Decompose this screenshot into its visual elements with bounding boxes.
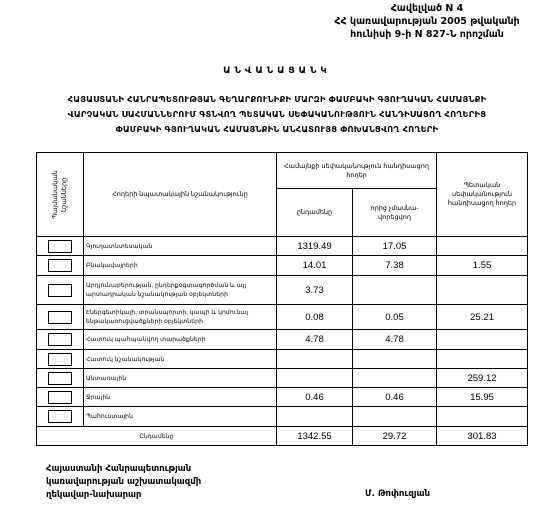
row-label: Հատուկ պահպանվող տարածքների <box>84 330 277 350</box>
row-label: Բնակավայրերի <box>84 256 277 276</box>
table-row: Հատուկ նշանակության <box>37 350 528 369</box>
position-line-2: կառավարության աշխատակազմի <box>46 476 201 489</box>
legend-cell <box>37 369 84 388</box>
row-label: Անտառային <box>84 369 277 388</box>
legend-cell <box>37 330 84 350</box>
legend-cell <box>37 350 84 369</box>
row-total <box>277 350 353 369</box>
document-title: ԱՆՎԱՆԱՑԱՆԿ <box>0 66 554 76</box>
row-state <box>437 350 528 369</box>
row-state: 259.12 <box>437 369 528 388</box>
approval-note: Հավելված N 4 ՀՀ կառավարության 2005 թվակա… <box>300 2 554 41</box>
header-legend: Պայմանական նշանները <box>37 153 84 237</box>
row-label: Ջրային <box>84 388 277 407</box>
row-state: 25.21 <box>437 305 528 330</box>
subtitle-line-3: ՓԱՄԲԱԿԻ ԳՅՈՒՂԱԿԱՆ ՀԱՄԱՅՆՔԻՆ ԱՆՀԱՏՈՒՅՑ ՓՈ… <box>10 122 544 137</box>
legend-cell <box>37 256 84 276</box>
totals-row: Ընդամենը 1342.55 29.72 301.83 <box>37 427 528 446</box>
approval-line-2: ՀՀ կառավարության 2005 թվականի <box>300 15 554 28</box>
legend-cell <box>37 407 84 427</box>
row-total: 0.08 <box>277 305 353 330</box>
row-non-privatized <box>353 276 437 305</box>
table-row: Բնակավայրերի14.017.381.55 <box>37 256 528 276</box>
header-state: Պետական սեփականություն հանդիսացող հողեր <box>437 153 528 237</box>
legend-cell <box>37 305 84 330</box>
legend-swatch-icon <box>48 259 72 272</box>
totals-label: Ընդամենը <box>37 427 277 446</box>
totals-state: 301.83 <box>437 427 528 446</box>
table-row: Հատուկ պահպանվող տարածքների4.784.78 <box>37 330 528 350</box>
table-row: Անտառային259.12 <box>37 369 528 388</box>
row-state: 15.95 <box>437 388 528 407</box>
header-total: ընդամենը <box>277 189 353 237</box>
legend-cell <box>37 388 84 407</box>
row-non-privatized: 17.05 <box>353 237 437 256</box>
legend-cell <box>37 237 84 256</box>
header-community: Համայնքի սեփականություն հանդիսացող հողեր <box>277 153 437 189</box>
land-table: Պայմանական նշանները Հողերի նպատակային նշ… <box>36 152 528 446</box>
row-state <box>437 237 528 256</box>
legend-swatch-icon <box>48 353 72 366</box>
row-non-privatized <box>353 350 437 369</box>
row-state: 1.55 <box>437 256 528 276</box>
subtitle-line-2: ՎԱՐՉԱԿԱՆ ՍԱՀՄԱՆՆԵՐՈՒՄ ԳՏՆՎՈՂ ՊԵՏԱԿԱՆ ՍԵՓ… <box>10 107 544 122</box>
signatory-name: Մ. Թոփուզյան <box>365 489 430 499</box>
legend-swatch-icon <box>48 311 72 324</box>
subtitle-line-1: ՀԱՅԱՍՏԱՆԻ ՀԱՆՐԱՊԵՏՈՒԹՅԱՆ ԳԵՂԱՐՔՈՒՆԻՔԻ ՄԱ… <box>10 92 544 107</box>
header-purpose: Հողերի նպատակային նշանակությունը <box>84 153 277 237</box>
legend-swatch-icon <box>48 410 72 423</box>
totals-total: 1342.55 <box>277 427 353 446</box>
totals-non-privatized: 29.72 <box>353 427 437 446</box>
document-subtitle: ՀԱՅԱՍՏԱՆԻ ՀԱՆՐԱՊԵՏՈՒԹՅԱՆ ԳԵՂԱՐՔՈՒՆԻՔԻ ՄԱ… <box>10 92 544 137</box>
approval-line-1: Հավելված N 4 <box>300 2 554 15</box>
row-total <box>277 369 353 388</box>
table-row: Ջրային0.460.4615.95 <box>37 388 528 407</box>
legend-swatch-icon <box>48 240 72 253</box>
row-total <box>277 407 353 427</box>
row-non-privatized: 7.38 <box>353 256 437 276</box>
table-row: Գյուղատնտեսական1319.4917.05 <box>37 237 528 256</box>
legend-swatch-icon <box>48 372 72 385</box>
row-non-privatized <box>353 369 437 388</box>
signatory-position: Հայաստանի Հանրապետության կառավարության ա… <box>46 463 201 502</box>
row-non-privatized: 4.78 <box>353 330 437 350</box>
row-non-privatized <box>353 407 437 427</box>
row-label: Գյուղատնտեսական <box>84 237 277 256</box>
legend-swatch-icon <box>48 391 72 404</box>
table-row: Արդյունաբերության, ընդերքօգտագործման և ա… <box>37 276 528 305</box>
row-total: 0.46 <box>277 388 353 407</box>
row-non-privatized: 0.05 <box>353 305 437 330</box>
legend-cell <box>37 276 84 305</box>
row-label: Հատուկ նշանակության <box>84 350 277 369</box>
row-total: 3.73 <box>277 276 353 305</box>
table-row: Էներգետիկայի, տրանսպորտի, կապի և կոմունա… <box>37 305 528 330</box>
approval-line-3: հունիսի 9-ի N 827-Ն որոշման <box>300 28 554 41</box>
row-non-privatized: 0.46 <box>353 388 437 407</box>
legend-swatch-icon <box>48 333 72 346</box>
row-total: 14.01 <box>277 256 353 276</box>
row-label: Էներգետիկայի, տրանսպորտի, կապի և կոմունա… <box>84 305 277 330</box>
row-state <box>437 330 528 350</box>
row-state <box>437 276 528 305</box>
position-line-3: ղեկավար-նախարար <box>46 489 201 502</box>
position-line-1: Հայաստանի Հանրապետության <box>46 463 201 476</box>
table-row: Պահուստային <box>37 407 528 427</box>
row-label: Արդյունաբերության, ընդերքօգտագործման և ա… <box>84 276 277 305</box>
header-non-privatized: որից չմասնա-վորեցվող <box>353 189 437 237</box>
row-state <box>437 407 528 427</box>
row-total: 4.78 <box>277 330 353 350</box>
legend-swatch-icon <box>48 284 72 297</box>
row-total: 1319.49 <box>277 237 353 256</box>
row-label: Պահուստային <box>84 407 277 427</box>
